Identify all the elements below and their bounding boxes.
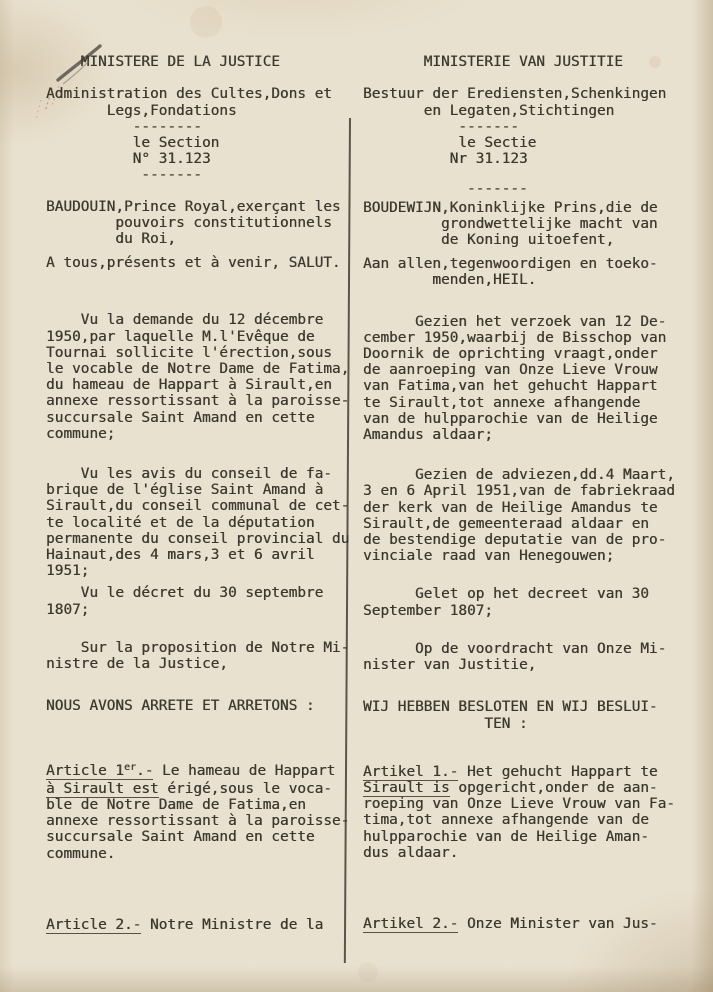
text-line: hulpparochie van de Heilige Aman- <box>363 829 685 845</box>
text-line: ------- <box>363 181 685 197</box>
text-line: Gezien de adviezen,dd.4 Maart, <box>363 467 685 483</box>
text-line: WIJ HEBBEN BESLOTEN EN WIJ BESLUI- <box>363 699 685 715</box>
text-line: Tournai sollicite l'érection,sous <box>46 345 352 361</box>
underlined-segment: Sirault is <box>363 780 450 798</box>
text-line: en Legaten,Stichtingen <box>363 103 685 119</box>
voordracht-nl: Op de voordracht van Onze Mi-nister van … <box>363 641 685 673</box>
text-line: Legs,Fondations <box>46 103 352 119</box>
text-line: roeping van Onze Lieve Vrouw van Fa- <box>363 796 685 812</box>
text-line: de aanroeping van Onze Lieve Vrouw <box>363 362 685 378</box>
text-line: le vocable de Notre Dame de Fatima, <box>46 361 352 377</box>
dutch-column: MINISTERIE VAN JUSTITIE Bestuur der Ered… <box>363 0 685 932</box>
text-line: permanente du conseil provincial du <box>46 531 352 547</box>
text-line: Nr 31.123 <box>363 151 685 167</box>
text-line: de bestendige deputatie van de pro- <box>363 532 685 548</box>
text-line: grondwettelijke macht van <box>363 216 685 232</box>
text-line: du Roi, <box>46 231 352 247</box>
text-line: Aan allen,tegenwoordigen en toeko- <box>363 256 685 272</box>
salutation-nl: Aan allen,tegenwoordigen en toeko- mende… <box>363 256 685 288</box>
text-line: 3 en 6 April 1951,van de fabriekraad <box>363 483 685 499</box>
text-line: Vu les avis du conseil de fa- <box>46 466 352 482</box>
text-line: le Sectie <box>363 135 685 151</box>
text-line: BOUDEWIJN,Koninklijke Prins,die de <box>363 200 685 216</box>
underlined-segment: Artikel 1.- <box>363 764 458 782</box>
article-1-fr: Article 1er.- Le hameau de Happartà Sira… <box>46 763 352 862</box>
royal-title-nl: BOUDEWIJN,Koninklijke Prins,die de grond… <box>363 200 685 249</box>
proposition-fr: Sur la proposition de Notre Mi-nistre de… <box>46 640 352 672</box>
text-line: van de hulpparochie van de Heilige <box>363 411 685 427</box>
recital-adviezen-nl: Gezien de adviezen,dd.4 Maart,3 en 6 Apr… <box>363 467 685 564</box>
text-line: Bestuur der Erediensten,Schenkingen <box>363 86 685 102</box>
recital-decreet-nl: Gelet op het decreet van 30September 180… <box>363 586 685 618</box>
text-line: 1950,par laquelle M.l'Evêque de <box>46 329 352 345</box>
text-line: succursale Saint Amand en cette <box>46 410 352 426</box>
text-line: 1951; <box>46 563 352 579</box>
text-line: Artikel 2.- Onze Minister van Jus- <box>363 916 685 932</box>
royal-title-fr: BAUDOUIN,Prince Royal,exerçant les pouvo… <box>46 199 352 248</box>
text-line: cember 1950,waarbij de Bisschop van <box>363 330 685 346</box>
ministry-header-fr: MINISTERE DE LA JUSTICE Administration d… <box>46 54 352 184</box>
text-line: BAUDOUIN,Prince Royal,exerçant les <box>46 199 352 215</box>
text-line: Gelet op het decreet van 30 <box>363 586 685 602</box>
underlined-segment: à Sirault est <box>46 781 159 799</box>
article-1-nl: Artikel 1.- Het gehucht Happart teSiraul… <box>363 764 685 861</box>
text-line: tima,tot annexe afhangende van de <box>363 812 685 828</box>
text-line: September 1807; <box>363 603 685 619</box>
text-line: Article 2.- Notre Ministre de la <box>46 917 352 933</box>
text-line: Amandus aldaar; <box>363 427 685 443</box>
text-line: Gezien het verzoek van 12 De- <box>363 314 685 330</box>
article-2-fr: Article 2.- Notre Ministre de la <box>46 917 352 933</box>
text-line: commune. <box>46 846 352 862</box>
article-2-nl: Artikel 2.- Onze Minister van Jus- <box>363 916 685 932</box>
text-line: Article 1er.- Le hameau de Happart <box>46 763 352 781</box>
recital-demande-fr: Vu la demande du 12 décembre1950,par laq… <box>46 312 352 442</box>
text-line: van Fatima,van het gehucht Happart <box>363 378 685 394</box>
text-line: MINISTERIE VAN JUSTITIE <box>363 54 685 70</box>
text-line: du hameau de Happart à Sirault,en <box>46 377 352 393</box>
recital-verzoek-nl: Gezien het verzoek van 12 De-cember 1950… <box>363 314 685 444</box>
text-line: MINISTERE DE LA JUSTICE <box>46 54 352 70</box>
text-line: Sirault,de gemeenteraad aldaar en <box>363 516 685 532</box>
text-line: Op de voordracht van Onze Mi- <box>363 641 685 657</box>
text-line: le Section <box>46 135 352 151</box>
paper-stain <box>358 962 378 982</box>
underlined-segment: Artikel 2.- <box>363 916 458 934</box>
text-line: -------- <box>46 119 352 135</box>
underlined-segment: Article 1er.- <box>46 763 153 781</box>
text-line: Artikel 1.- Het gehucht Happart te <box>363 764 685 780</box>
ministry-header-nl: MINISTERIE VAN JUSTITIE Bestuur der Ered… <box>363 54 685 167</box>
text-line: annexe ressortissant à la paroisse- <box>46 813 352 829</box>
text-line: Vu la demande du 12 décembre <box>46 312 352 328</box>
text-line: der kerk van de Heilige Amandus te <box>363 500 685 516</box>
text-line: à Sirault est érigé,sous le voca- <box>46 781 352 797</box>
text-line: Sirault,du conseil communal de cet- <box>46 498 352 514</box>
text-line: brique de l'église Saint Amand à <box>46 482 352 498</box>
red-pencil-mark <box>36 100 41 120</box>
text-line: Doornik de oprichting vraagt,onder <box>363 346 685 362</box>
text-line: Sirault is opgericht,onder de aan- <box>363 780 685 796</box>
enacting-formula-nl: WIJ HEBBEN BESLOTEN EN WIJ BESLUI- TEN : <box>363 699 685 731</box>
header-dashes-nl: ------- <box>363 181 685 197</box>
salutation-fr: A tous,présents et à venir, SALUT. <box>46 255 352 271</box>
text-line: N° 31.123 <box>46 151 352 167</box>
text-line: ------- <box>363 119 685 135</box>
text-line: ble de Notre Dame de Fatima,en <box>46 797 352 813</box>
scanned-document-page: MINISTERE DE LA JUSTICE Administration d… <box>0 0 713 992</box>
recital-avis-fr: Vu les avis du conseil de fa-brique de l… <box>46 466 352 579</box>
text-line: annexe ressortissant à la paroisse- <box>46 393 352 409</box>
text-line: Vu le décret du 30 septembre <box>46 585 352 601</box>
recital-decret-fr: Vu le décret du 30 septembre1807; <box>46 585 352 617</box>
text-line: NOUS AVONS ARRETE ET ARRETONS : <box>46 698 352 714</box>
text-line: A tous,présents et à venir, SALUT. <box>46 255 352 271</box>
text-line <box>46 70 352 86</box>
text-line: succursale Saint Amand en cette <box>46 829 352 845</box>
text-line: commune; <box>46 426 352 442</box>
text-line: 1807; <box>46 602 352 618</box>
text-line: te localité et de la députation <box>46 515 352 531</box>
text-line: nister van Justitie, <box>363 657 685 673</box>
text-line: te Sirault,tot annexe afhangende <box>363 395 685 411</box>
text-line: Administration des Cultes,Dons et <box>46 86 352 102</box>
underlined-segment: Article 2.- <box>46 917 141 935</box>
text-line: pouvoirs constitutionnels <box>46 215 352 231</box>
text-line: dus aldaar. <box>363 845 685 861</box>
text-line <box>363 70 685 86</box>
text-line: Sur la proposition de Notre Mi- <box>46 640 352 656</box>
text-line: vinciale raad van Henegouwen; <box>363 548 685 564</box>
text-line: de Koning uitoefent, <box>363 232 685 248</box>
french-column: MINISTERE DE LA JUSTICE Administration d… <box>46 0 352 933</box>
text-line: nistre de la Justice, <box>46 656 352 672</box>
text-line: Hainaut,des 4 mars,3 et 6 avril <box>46 547 352 563</box>
enacting-formula-fr: NOUS AVONS ARRETE ET ARRETONS : <box>46 698 352 714</box>
text-line: TEN : <box>363 716 685 732</box>
text-line: menden,HEIL. <box>363 272 685 288</box>
text-line: ------- <box>46 167 352 183</box>
